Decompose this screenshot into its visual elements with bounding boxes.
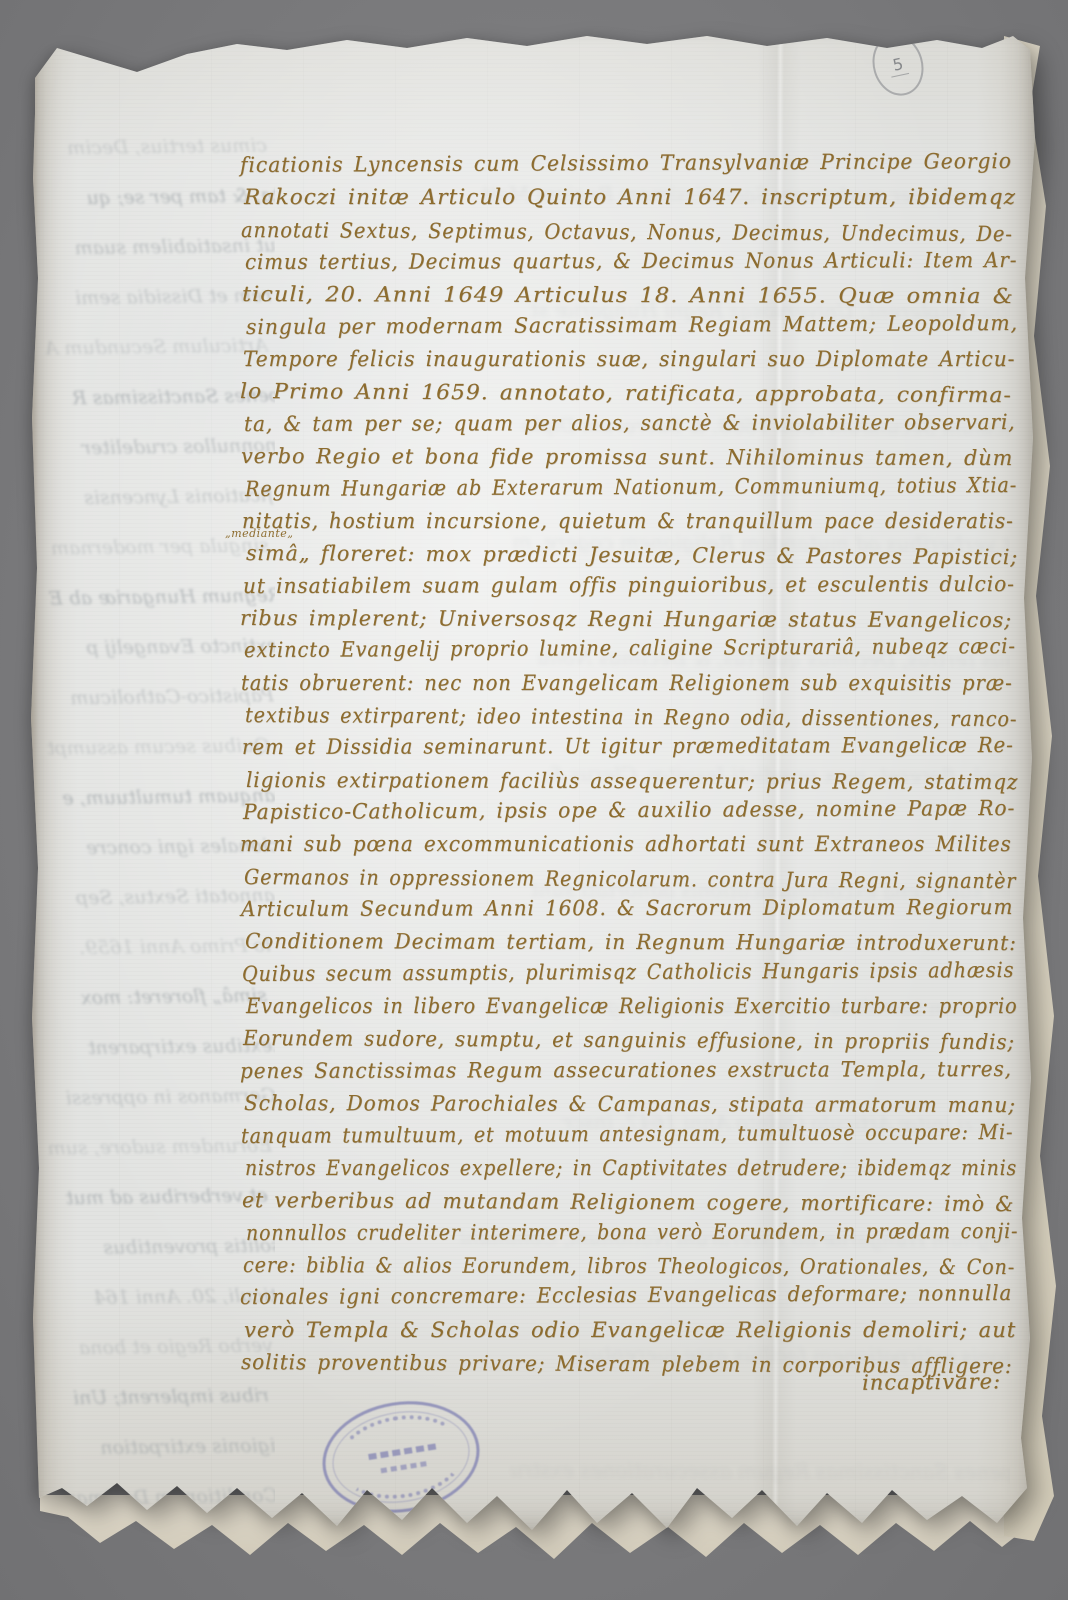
showthrough-line: verbo Regio et bona: [37, 1334, 273, 1359]
showthrough-line: lo Primo Anni 1659.: [35, 934, 271, 959]
showthrough-line: ut insatiabilem suam: [40, 234, 275, 259]
catchword: incaptivare:: [862, 1369, 1001, 1394]
manuscript-line: et verberibus ad mutandam Religionem cog…: [242, 1187, 1014, 1218]
showthrough-line: ta, & tam per se; qu: [44, 184, 275, 209]
manuscript-line: Papistico-Catholicum, ipsis ope & auxili…: [243, 795, 1015, 826]
archival-stamp-icon: [314, 1390, 487, 1523]
showthrough-line: cimus tertius, Decim: [31, 136, 267, 160]
manuscript-line: ligionis extirpationem faciliùs assequer…: [246, 767, 1018, 796]
manuscript-line: ribus implerent; Universosqz Regni Hunga…: [240, 605, 1012, 634]
showthrough-line: ficationis Lyncensis: [37, 484, 273, 509]
manuscript-line: cimus tertius, Decimus quartus, & Decimu…: [245, 247, 1017, 276]
manuscript-line: ticuli, 20. Anni 1649 Articulus 18. Anni…: [242, 281, 1014, 310]
showthrough-line: extincto Evangelij p: [42, 634, 275, 659]
manuscript-line: simâ„ floreret: mox prædicti Jesuitæ, Cl…: [246, 540, 1018, 571]
manuscript-line: Conditionem Decimam tertiam, in Regnum H…: [245, 928, 1017, 957]
showthrough-line: Quibus secum assumpt: [34, 734, 270, 759]
manuscript-line: Eorundem sudore, sumptu, et sanguinis ef…: [243, 1025, 1015, 1056]
manuscript-page: cimus tertius, Decimta, & tam per se; qu…: [27, 18, 1037, 1540]
manuscript-photo: cimus tertius, Decimta, & tam per se; qu…: [0, 0, 1068, 1600]
manuscript-line: Evangelicos in libero Evangelicæ Religio…: [246, 993, 1018, 1020]
showthrough-line: solitis proventibus: [45, 1234, 275, 1259]
manuscript-line: verò Templa & Scholas odio Evangelicæ Re…: [244, 1317, 1016, 1344]
manuscript-line: Scholas, Domos Parochiales & Campanas, s…: [244, 1090, 1016, 1119]
manuscript-line: cere: biblia & alios Eorundem, libros Th…: [243, 1252, 1015, 1281]
folio-number: 5: [887, 53, 909, 77]
manuscript-line: ta, & tam per se; quam per alios, sanctè…: [244, 409, 1016, 438]
manuscript-line: textibus extirparent; ideo intestina in …: [245, 702, 1017, 733]
manuscript-line: annotati Sextus, Septimus, Octavus, Nonu…: [241, 217, 1013, 248]
manuscript-line: lo Primo Anni 1659. annotato, ratificata…: [240, 378, 1012, 409]
showthrough-line: et verberibus ad mut: [32, 1184, 268, 1209]
showthrough-line: rem et Dissidia semi: [36, 284, 272, 309]
manuscript-line: ut insatiabilem suam gulam offis pinguio…: [243, 571, 1015, 600]
interlinear-note: „mediante„: [225, 527, 293, 540]
manuscript-text-block: ficationis Lyncensis cum Celsissimo Tran…: [243, 152, 1015, 1392]
manuscript-line: singula per modernam Sacratissimam Regia…: [246, 310, 1018, 341]
manuscript-line: penes Sanctissimas Regum assecurationes …: [240, 1056, 1012, 1085]
showthrough-line: Papistico-Catholicum: [38, 684, 274, 709]
showthrough-line: tanquam tumultuum, e: [47, 784, 275, 809]
showthrough-line: ligionis extirpation: [46, 1434, 275, 1459]
manuscript-line: nitatis, hostium incursione, quietum & t…: [242, 508, 1014, 535]
manuscript-line: extincto Evangelij proprio lumine, calig…: [244, 633, 1016, 664]
folio-number-pencil-circle: 5: [865, 28, 930, 101]
manuscript-line: Articulum Secundum Anni 1608. & Sacrorum…: [241, 894, 1013, 923]
manuscript-line: ficationis Lyncensis cum Celsissimo Tran…: [240, 148, 1012, 179]
manuscript-line: tatis obruerent: nec non Evangelicam Rel…: [241, 670, 1013, 697]
showthrough-line: nonnullos crudeliter: [41, 434, 275, 459]
showthrough-line: Eorundem sudore, sum: [36, 1134, 272, 1159]
showthrough-line: Germanos in oppressi: [40, 1084, 275, 1109]
showthrough-line: annotati Sextus, Sep: [39, 884, 275, 909]
manuscript-line: nistros Evangelicos expellere; in Captiv…: [245, 1155, 1017, 1182]
showthrough-line: simâ„ floreret: mox: [31, 984, 267, 1009]
manuscript-line: Rakoczi initæ Articulo Quinto Anni 1647.…: [244, 184, 1016, 211]
verso-showthrough: cimus tertius, Decimta, & tam per se; qu…: [31, 136, 275, 1548]
manuscript-line: Quibus secum assumptis, plurimisqz Catho…: [242, 957, 1014, 988]
manuscript-line: Tempore felicis inaugurationis suæ, sing…: [243, 346, 1015, 373]
manuscript-line: mani sub pœna excommunicationis adhortat…: [240, 831, 1012, 858]
manuscript-line: nonnullos crudeliter interimere, bona ve…: [246, 1218, 1018, 1247]
manuscript-line: Germanos in oppressionem Regnicolarum. c…: [244, 864, 1016, 895]
manuscript-line: Regnum Hungariæ ab Exterarum Nationum, C…: [245, 471, 1017, 502]
showthrough-line: textibus extirparent: [44, 1034, 275, 1059]
manuscript-line: cionales igni concremare: Ecclesias Evan…: [240, 1280, 1012, 1311]
manuscript-line: rem et Dissidia seminarunt. Ut igitur pr…: [242, 732, 1014, 761]
showthrough-line: ribus implerent; Uni: [33, 1384, 269, 1409]
manuscript-line: verbo Regio et bona fide promissa sunt. …: [241, 443, 1013, 472]
manuscript-line: tanquam tumultuum, et motuum antesignam,…: [241, 1118, 1013, 1149]
showthrough-line: Articulum Secundum A: [32, 334, 268, 359]
